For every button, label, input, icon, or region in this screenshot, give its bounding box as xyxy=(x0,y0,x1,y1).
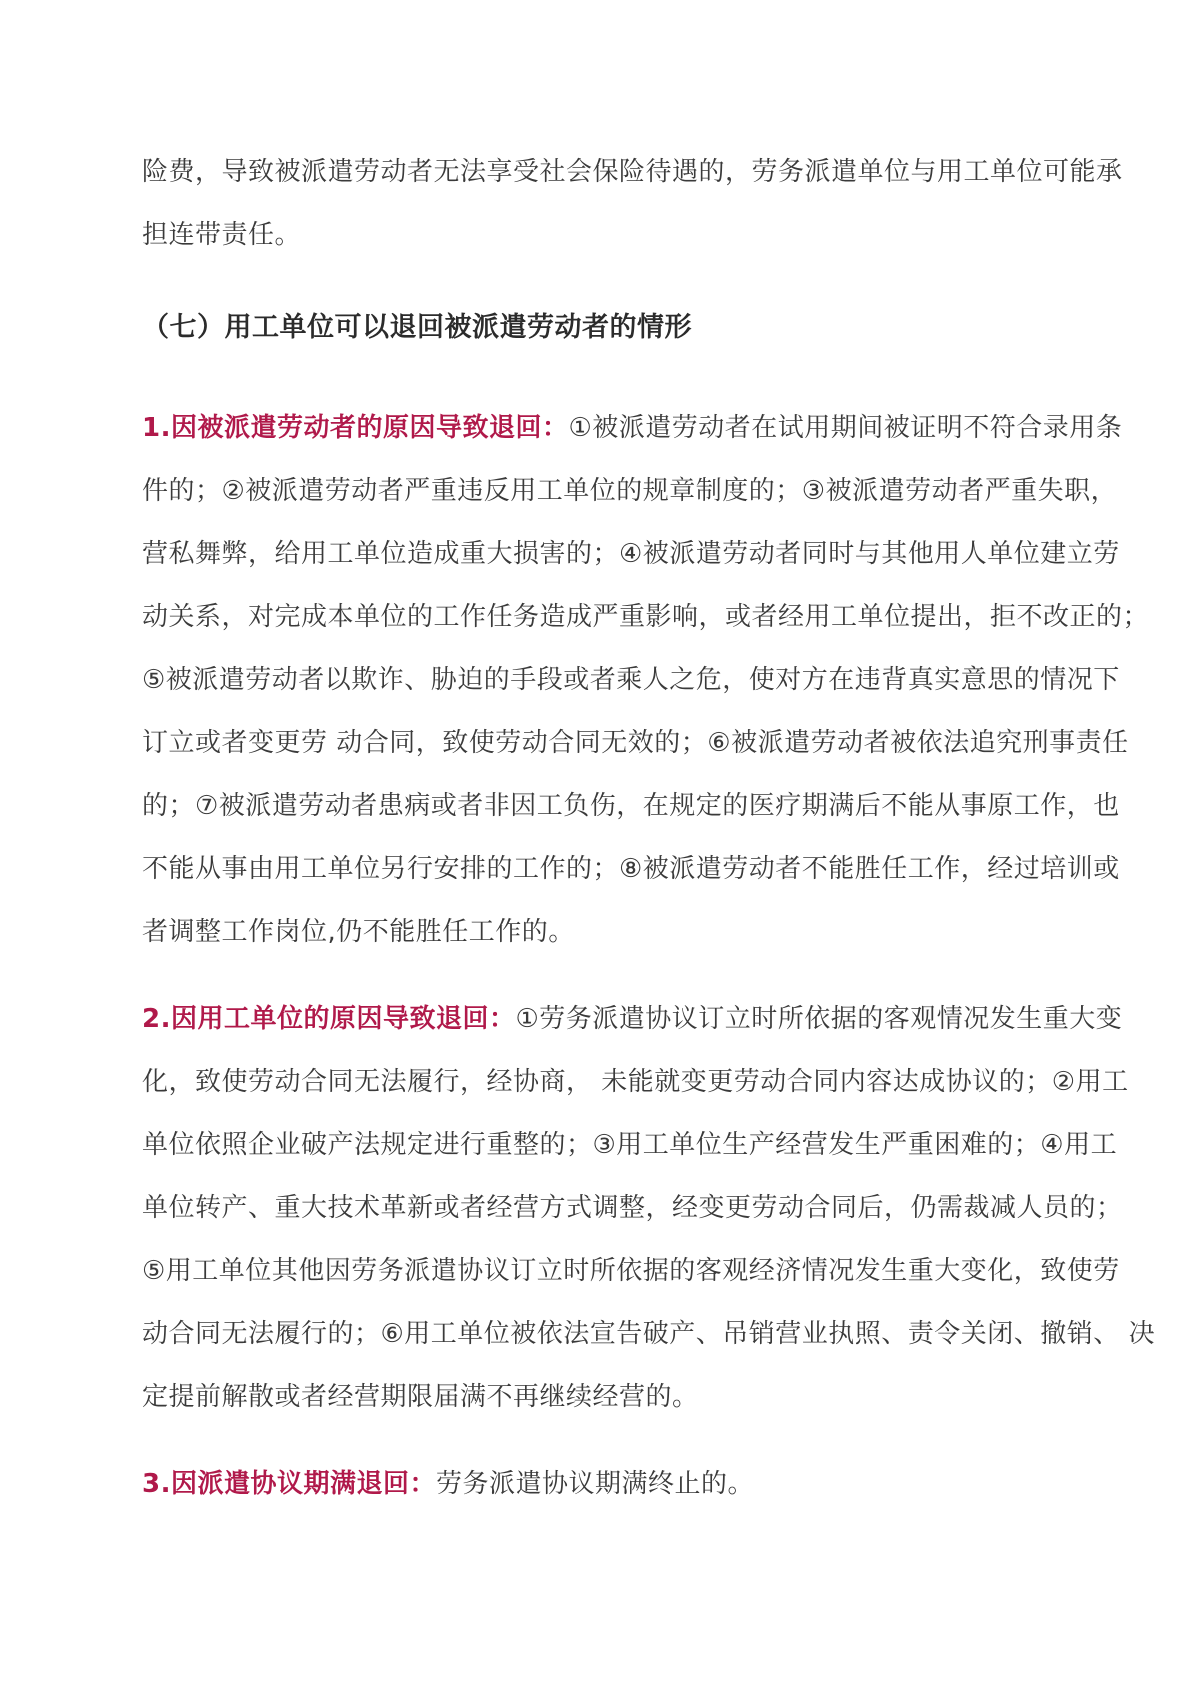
section-first-line-text: ①劳务派遣协议订立时所依据的客观情况发生重大变 xyxy=(515,1004,1122,1034)
text-line: ⑤用工单位其他因劳务派遣协议订立时所依据的客观经济情况发生重大变化，致使劳 xyxy=(142,1240,1136,1303)
text-line: 2.因用工单位的原因导致退回：①劳务派遣协议订立时所依据的客观情况发生重大变 xyxy=(142,988,1136,1051)
text-line: 3.因派遣协议期满退回：劳务派遣协议期满终止的。 xyxy=(142,1453,1136,1516)
document-content: 险费，导致被派遣劳动者无法享受社会保险待遇的，劳务派遣单位与用工单位可能承担连带… xyxy=(0,0,1191,1516)
text-line: 动关系，对完成本单位的工作任务造成严重影响，或者经用工单位提出，拒不改正的； xyxy=(142,586,1136,649)
text-line: ⑤被派遣劳动者以欺诈、胁迫的手段或者乘人之危，使对方在违背真实意思的情况下 xyxy=(142,649,1136,712)
section-label: 3.因派遣协议期满退回： xyxy=(142,1469,436,1499)
numbered-section: 3.因派遣协议期满退回：劳务派遣协议期满终止的。 xyxy=(142,1453,1136,1516)
section-label: 2.因用工单位的原因导致退回： xyxy=(142,1004,515,1034)
text-line: 件的；②被派遣劳动者严重违反用工单位的规章制度的；③被派遣劳动者严重失职， xyxy=(142,460,1136,523)
text-line: 担连带责任。 xyxy=(142,204,1136,267)
text-line: 订立或者变更劳 动合同，致使劳动合同无效的；⑥被派遣劳动者被依法追究刑事责任 xyxy=(142,712,1136,775)
text-line: 1.因被派遣劳动者的原因导致退回：①被派遣劳动者在试用期间被证明不符合录用条 xyxy=(142,397,1136,460)
text-line: 单位依照企业破产法规定进行重整的；③用工单位生产经营发生严重困难的；④用工 xyxy=(142,1114,1136,1177)
section-first-line-text: ①被派遣劳动者在试用期间被证明不符合录用条 xyxy=(568,413,1122,443)
intro-paragraph: 险费，导致被派遣劳动者无法享受社会保险待遇的，劳务派遣单位与用工单位可能承担连带… xyxy=(142,141,1136,267)
numbered-section: 1.因被派遣劳动者的原因导致退回：①被派遣劳动者在试用期间被证明不符合录用条 件… xyxy=(142,397,1136,964)
text-line: 单位转产、重大技术革新或者经营方式调整，经变更劳动合同后，仍需裁减人员的； xyxy=(142,1177,1136,1240)
text-line: 营私舞弊，给用工单位造成重大损害的；④被派遣劳动者同时与其他用人单位建立劳 xyxy=(142,523,1136,586)
document-page: 险费，导致被派遣劳动者无法享受社会保险待遇的，劳务派遣单位与用工单位可能承担连带… xyxy=(0,0,1191,1684)
numbered-sections: 1.因被派遣劳动者的原因导致退回：①被派遣劳动者在试用期间被证明不符合录用条 件… xyxy=(142,397,1136,1516)
text-line: 定提前解散或者经营期限届满不再继续经营的。 xyxy=(142,1366,1136,1429)
text-line: 动合同无法履行的；⑥用工单位被依法宣告破产、吊销营业执照、责令关闭、撤销、 决 xyxy=(142,1303,1136,1366)
numbered-section: 2.因用工单位的原因导致退回：①劳务派遣协议订立时所依据的客观情况发生重大变 化… xyxy=(142,988,1136,1429)
text-line: 化，致使劳动合同无法履行，经协商， 未能就变更劳动合同内容达成协议的；②用工 xyxy=(142,1051,1136,1114)
text-line: 的；⑦被派遣劳动者患病或者非因工负伤，在规定的医疗期满后不能从事原工作，也 xyxy=(142,775,1136,838)
text-line: 者调整工作岗位,仍不能胜任工作的。 xyxy=(142,901,1136,964)
section-label: 1.因被派遣劳动者的原因导致退回： xyxy=(142,413,568,443)
text-line: 不能从事由用工单位另行安排的工作的；⑧被派遣劳动者不能胜任工作，经过培训或 xyxy=(142,838,1136,901)
section-heading: （七）用工单位可以退回被派遣劳动者的情形 xyxy=(142,296,1136,359)
text-line: 险费，导致被派遣劳动者无法享受社会保险待遇的，劳务派遣单位与用工单位可能承 xyxy=(142,141,1136,204)
section-first-line-text: 劳务派遣协议期满终止的。 xyxy=(436,1469,754,1499)
